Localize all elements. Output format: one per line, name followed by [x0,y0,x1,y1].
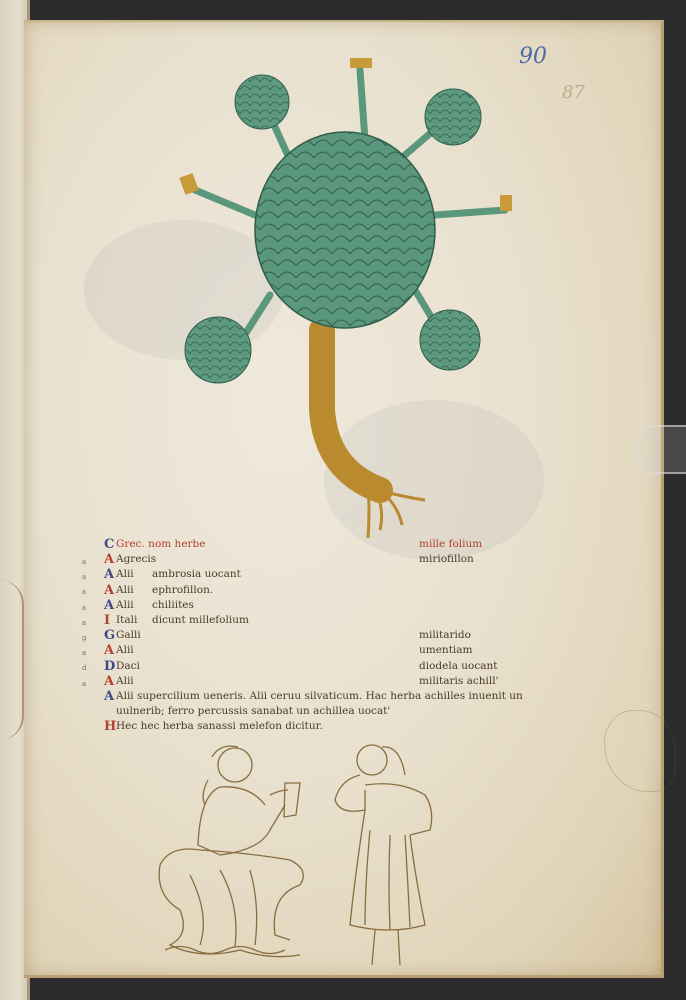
header-right: mille folium [419,537,482,552]
root-icon [322,330,380,490]
synonym-row: A Alii chiliites [104,598,524,613]
synonym-source: Alii [116,643,152,658]
flower-icon [350,58,372,68]
folio-number-pencil: 87 [562,82,585,103]
synonym-source: Itali [116,613,152,628]
synonym-source: Alii [116,674,152,689]
paragraph-line: A Alii supercilium ueneris. Alii ceruu s… [104,689,524,704]
seed-head-icon [235,75,289,129]
synonym-row: I Itali dicunt millefolium [104,613,524,628]
initial-c: C [104,537,116,552]
synonym-source: Alii [116,567,152,582]
synonym-name: ephrofillon. [152,583,213,598]
man-head-icon [357,745,387,775]
synonym-name: dicunt millefolium [152,613,249,628]
paragraph-text: uulnerib; ferro percussis sanabat un ach… [116,704,390,719]
synonym-row: G Galli militarido [104,628,524,643]
synonym-right: diodela uocant [419,659,498,674]
page-clip [636,425,686,474]
synonym-right: militarido [419,628,471,643]
synonym-right: militaris achill' [419,674,498,689]
initial: A [104,567,116,582]
synonym-row: A Agrecis miriofillon [104,552,524,567]
paragraph-line: uulnerib; ferro percussis sanabat un ach… [104,704,524,719]
synonym-source: Galli [116,628,152,643]
initial: A [104,674,116,689]
initial: I [104,613,116,628]
synonym-row: A Alii ambrosia uocant [104,567,524,582]
millefolium-plant-illustration [170,50,530,540]
synonym-row: D Daci diodela uocant [104,659,524,674]
synonym-name: chiliites [152,598,194,613]
cup-icon [284,783,300,817]
leaf-rosette-icon [255,132,435,328]
synonym-right: miriofillon [419,552,474,567]
initial: D [104,659,116,674]
faint-marginal-sketch [604,710,676,792]
pen-drawing-two-figures [150,735,460,970]
initial: A [104,643,116,658]
paragraph-line: H Hec hec herba sanassi melefon dicitur. [104,719,524,734]
synonym-right: umentiam [419,643,473,658]
margin-guide-letters: aaaaagada [82,555,86,692]
synonym-header: C Grec. nom herbe mille folium [104,537,524,552]
synonym-name: ambrosia uocant [152,567,241,582]
synonym-source: Alii [116,583,152,598]
synonym-row: A Alii umentiam [104,643,524,658]
synonym-row: A Alii ephrofillon. [104,583,524,598]
initial: H [104,719,116,734]
initial: A [104,552,116,567]
initial: A [104,583,116,598]
initial: A [104,689,116,704]
paragraph-text: Hec hec herba sanassi melefon dicitur. [116,719,323,734]
synonym-row: A Alii militaris achill' [104,674,524,689]
facing-page-sketch [0,580,24,740]
synonym-source: Agrecis [116,552,152,567]
initial: A [104,598,116,613]
paragraph-text: Alii supercilium ueneris. Alii ceruu sil… [116,689,523,704]
woman-head-icon [218,748,252,782]
header-left: Grec. nom herbe [116,537,206,552]
initial: G [104,628,116,643]
synonym-source: Daci [116,659,152,674]
synonym-list: C Grec. nom herbe mille folium A Agrecis… [104,537,524,734]
initial-spacer [104,704,116,719]
synonym-source: Alii [116,598,152,613]
